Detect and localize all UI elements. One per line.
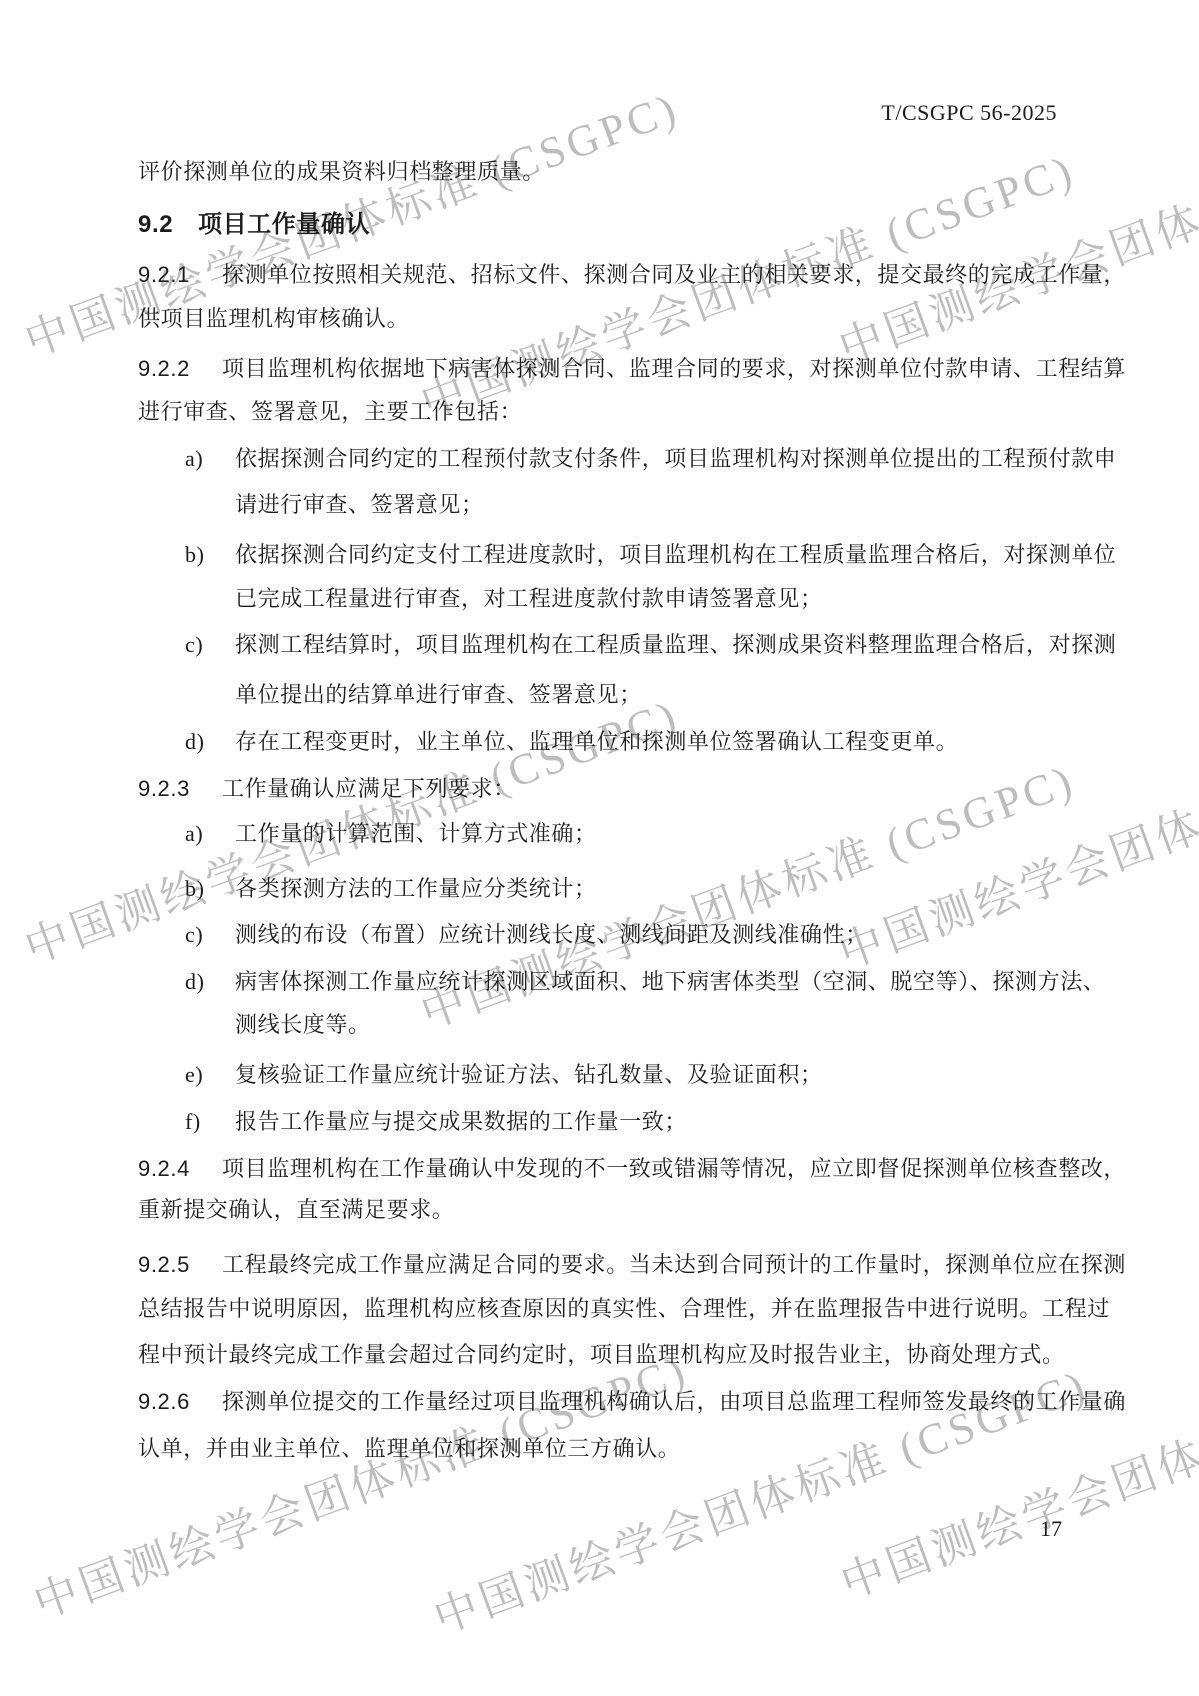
list-item: e)复核验证工作量应统计验证方法、钻孔数量、及验证面积； bbox=[185, 1061, 823, 1089]
item-letter: c) bbox=[185, 631, 235, 659]
doc-line: 9.2.1探测单位按照相关规范、招标文件、探测合同及业主的相关要求，提交最终的完… bbox=[138, 261, 1126, 289]
doc-line: 9.2.4项目监理机构在工作量确认中发现的不一致或错漏等情况，应立即督促探测单位… bbox=[138, 1155, 1126, 1183]
line-text: 程中预计最终完成工作量会超过合同约定时，项目监理机构应及时报告业主，协商处理方式… bbox=[138, 1342, 1065, 1367]
line-text: 工作量的计算范围、计算方式准确； bbox=[235, 821, 597, 846]
line-text: 测线的布设（布置）应统计测线长度、测线间距及测线准确性； bbox=[235, 922, 868, 947]
list-item: a)工作量的计算范围、计算方式准确； bbox=[185, 820, 597, 848]
list-item: b)依据探测合同约定支付工程进度款时，项目监理机构在工程质量监理合格后，对探测单… bbox=[185, 541, 1116, 569]
doc-line: 评价探测单位的成果资料归档整理质量。 bbox=[138, 158, 545, 186]
doc-line: 9.2.5工程最终完成工作量应满足合同的要求。当未达到合同预计的工作量时，探测单… bbox=[138, 1251, 1126, 1279]
item-letter: a) bbox=[185, 445, 235, 473]
line-text: 进行审查、签署意见，主要工作包括： bbox=[138, 399, 522, 424]
line-text: 探测单位提交的工作量经过项目监理机构确认后，由项目总监理工程师签发最终的工作量确 bbox=[222, 1389, 1126, 1414]
line-text: 依据探测合同约定的工程预付款支付条件，项目监理机构对探测单位提出的工程预付款申 bbox=[235, 446, 1116, 471]
doc-line: 程中预计最终完成工作量会超过合同约定时，项目监理机构应及时报告业主，协商处理方式… bbox=[138, 1341, 1065, 1369]
line-text: 认单，并由业主单位、监理单位和探测单位三方确认。 bbox=[138, 1436, 680, 1461]
line-text: 病害体探测工作量应统计探测区域面积、地下病害体类型（空洞、脱空等）、探测方法、 bbox=[235, 969, 1105, 994]
line-text: 已完成工程量进行审查，对工程进度款付款申请签署意见； bbox=[235, 586, 823, 611]
clause-number: 9.2.2 bbox=[138, 355, 222, 383]
line-text: 存在工程变更时，业主单位、监理单位和探测单位签署确认工程变更单。 bbox=[235, 729, 958, 754]
line-text: 探测单位按照相关规范、招标文件、探测合同及业主的相关要求，提交最终的完成工作量， bbox=[222, 262, 1126, 287]
document-page: 中国测绘学会团体标准 (CSGPC) 中国测绘学会团体标准 (CSGPC) 中国… bbox=[0, 0, 1199, 1696]
line-text: 测线长度等。 bbox=[235, 1012, 371, 1037]
doc-line: 9.2.3工作量确认应满足下列要求： bbox=[138, 775, 516, 803]
line-text: 单位提出的结算单进行审查、签署意见； bbox=[235, 682, 642, 707]
item-letter: d) bbox=[185, 968, 235, 996]
doc-line: 请进行审查、签署意见； bbox=[235, 491, 484, 519]
line-text: 总结报告中说明原因，监理机构应核查原因的真实性、合理性，并在监理报告中进行说明。… bbox=[138, 1296, 1110, 1321]
page-number: 17 bbox=[1040, 1516, 1062, 1542]
item-letter: e) bbox=[185, 1061, 235, 1089]
line-text: 重新提交确认，直至满足要求。 bbox=[138, 1197, 454, 1222]
doc-line: 9.2.2项目监理机构依据地下病害体探测合同、监理合同的要求，对探测单位付款申请… bbox=[138, 355, 1126, 383]
section-number: 9.2 bbox=[138, 211, 198, 239]
clause-number: 9.2.4 bbox=[138, 1155, 222, 1183]
line-text: 请进行审查、签署意见； bbox=[235, 492, 484, 517]
document-text: T/CSGPC 56-2025 评价探测单位的成果资料归档整理质量。 9.2项目… bbox=[0, 0, 1199, 1696]
list-item: d)病害体探测工作量应统计探测区域面积、地下病害体类型（空洞、脱空等）、探测方法… bbox=[185, 968, 1105, 996]
line-text: 供项目监理机构审核确认。 bbox=[138, 306, 409, 331]
list-item: c)探测工程结算时，项目监理机构在工程质量监理、探测成果资料整理监理合格后，对探… bbox=[185, 631, 1116, 659]
clause-number: 9.2.6 bbox=[138, 1388, 222, 1416]
doc-line: 供项目监理机构审核确认。 bbox=[138, 305, 409, 333]
item-letter: c) bbox=[185, 921, 235, 949]
item-letter: b) bbox=[185, 875, 235, 903]
doc-line: 9.2.6探测单位提交的工作量经过项目监理机构确认后，由项目总监理工程师签发最终… bbox=[138, 1388, 1126, 1416]
doc-line: 认单，并由业主单位、监理单位和探测单位三方确认。 bbox=[138, 1435, 680, 1463]
clause-number: 9.2.1 bbox=[138, 261, 222, 289]
line-text: 探测工程结算时，项目监理机构在工程质量监理、探测成果资料整理监理合格后，对探测 bbox=[235, 632, 1116, 657]
line-text: 依据探测合同约定支付工程进度款时，项目监理机构在工程质量监理合格后，对探测单位 bbox=[235, 542, 1116, 567]
doc-line: 已完成工程量进行审查，对工程进度款付款申请签署意见； bbox=[235, 585, 823, 613]
line-text: 工作量确认应满足下列要求： bbox=[222, 776, 516, 801]
section-heading: 9.2项目工作量确认 bbox=[138, 211, 370, 239]
line-text: 各类探测方法的工作量应分类统计； bbox=[235, 876, 597, 901]
line-text: 评价探测单位的成果资料归档整理质量。 bbox=[138, 159, 545, 184]
section-title: 项目工作量确认 bbox=[198, 211, 370, 238]
line-text: 报告工作量应与提交成果数据的工作量一致； bbox=[235, 1109, 687, 1134]
doc-line: 重新提交确认，直至满足要求。 bbox=[138, 1196, 454, 1224]
list-item: a)依据探测合同约定的工程预付款支付条件，项目监理机构对探测单位提出的工程预付款… bbox=[185, 445, 1116, 473]
doc-line: 单位提出的结算单进行审查、签署意见； bbox=[235, 681, 642, 709]
list-item: b)各类探测方法的工作量应分类统计； bbox=[185, 875, 597, 903]
doc-line: 测线长度等。 bbox=[235, 1011, 371, 1039]
document-code-header: T/CSGPC 56-2025 bbox=[881, 100, 1057, 126]
item-letter: f) bbox=[185, 1108, 235, 1136]
item-letter: b) bbox=[185, 541, 235, 569]
line-text: 复核验证工作量应统计验证方法、钻孔数量、及验证面积； bbox=[235, 1062, 823, 1087]
line-text: 项目监理机构在工作量确认中发现的不一致或错漏等情况，应立即督促探测单位核查整改， bbox=[222, 1156, 1126, 1181]
line-text: 工程最终完成工作量应满足合同的要求。当未达到合同预计的工作量时，探测单位应在探测 bbox=[222, 1252, 1126, 1277]
line-text: 项目监理机构依据地下病害体探测合同、监理合同的要求，对探测单位付款申请、工程结算 bbox=[222, 356, 1126, 381]
item-letter: a) bbox=[185, 820, 235, 848]
list-item: f)报告工作量应与提交成果数据的工作量一致； bbox=[185, 1108, 687, 1136]
list-item: d)存在工程变更时，业主单位、监理单位和探测单位签署确认工程变更单。 bbox=[185, 728, 958, 756]
item-letter: d) bbox=[185, 728, 235, 756]
clause-number: 9.2.5 bbox=[138, 1251, 222, 1279]
list-item: c)测线的布设（布置）应统计测线长度、测线间距及测线准确性； bbox=[185, 921, 868, 949]
doc-line: 进行审查、签署意见，主要工作包括： bbox=[138, 398, 522, 426]
clause-number: 9.2.3 bbox=[138, 775, 222, 803]
doc-line: 总结报告中说明原因，监理机构应核查原因的真实性、合理性，并在监理报告中进行说明。… bbox=[138, 1295, 1110, 1323]
